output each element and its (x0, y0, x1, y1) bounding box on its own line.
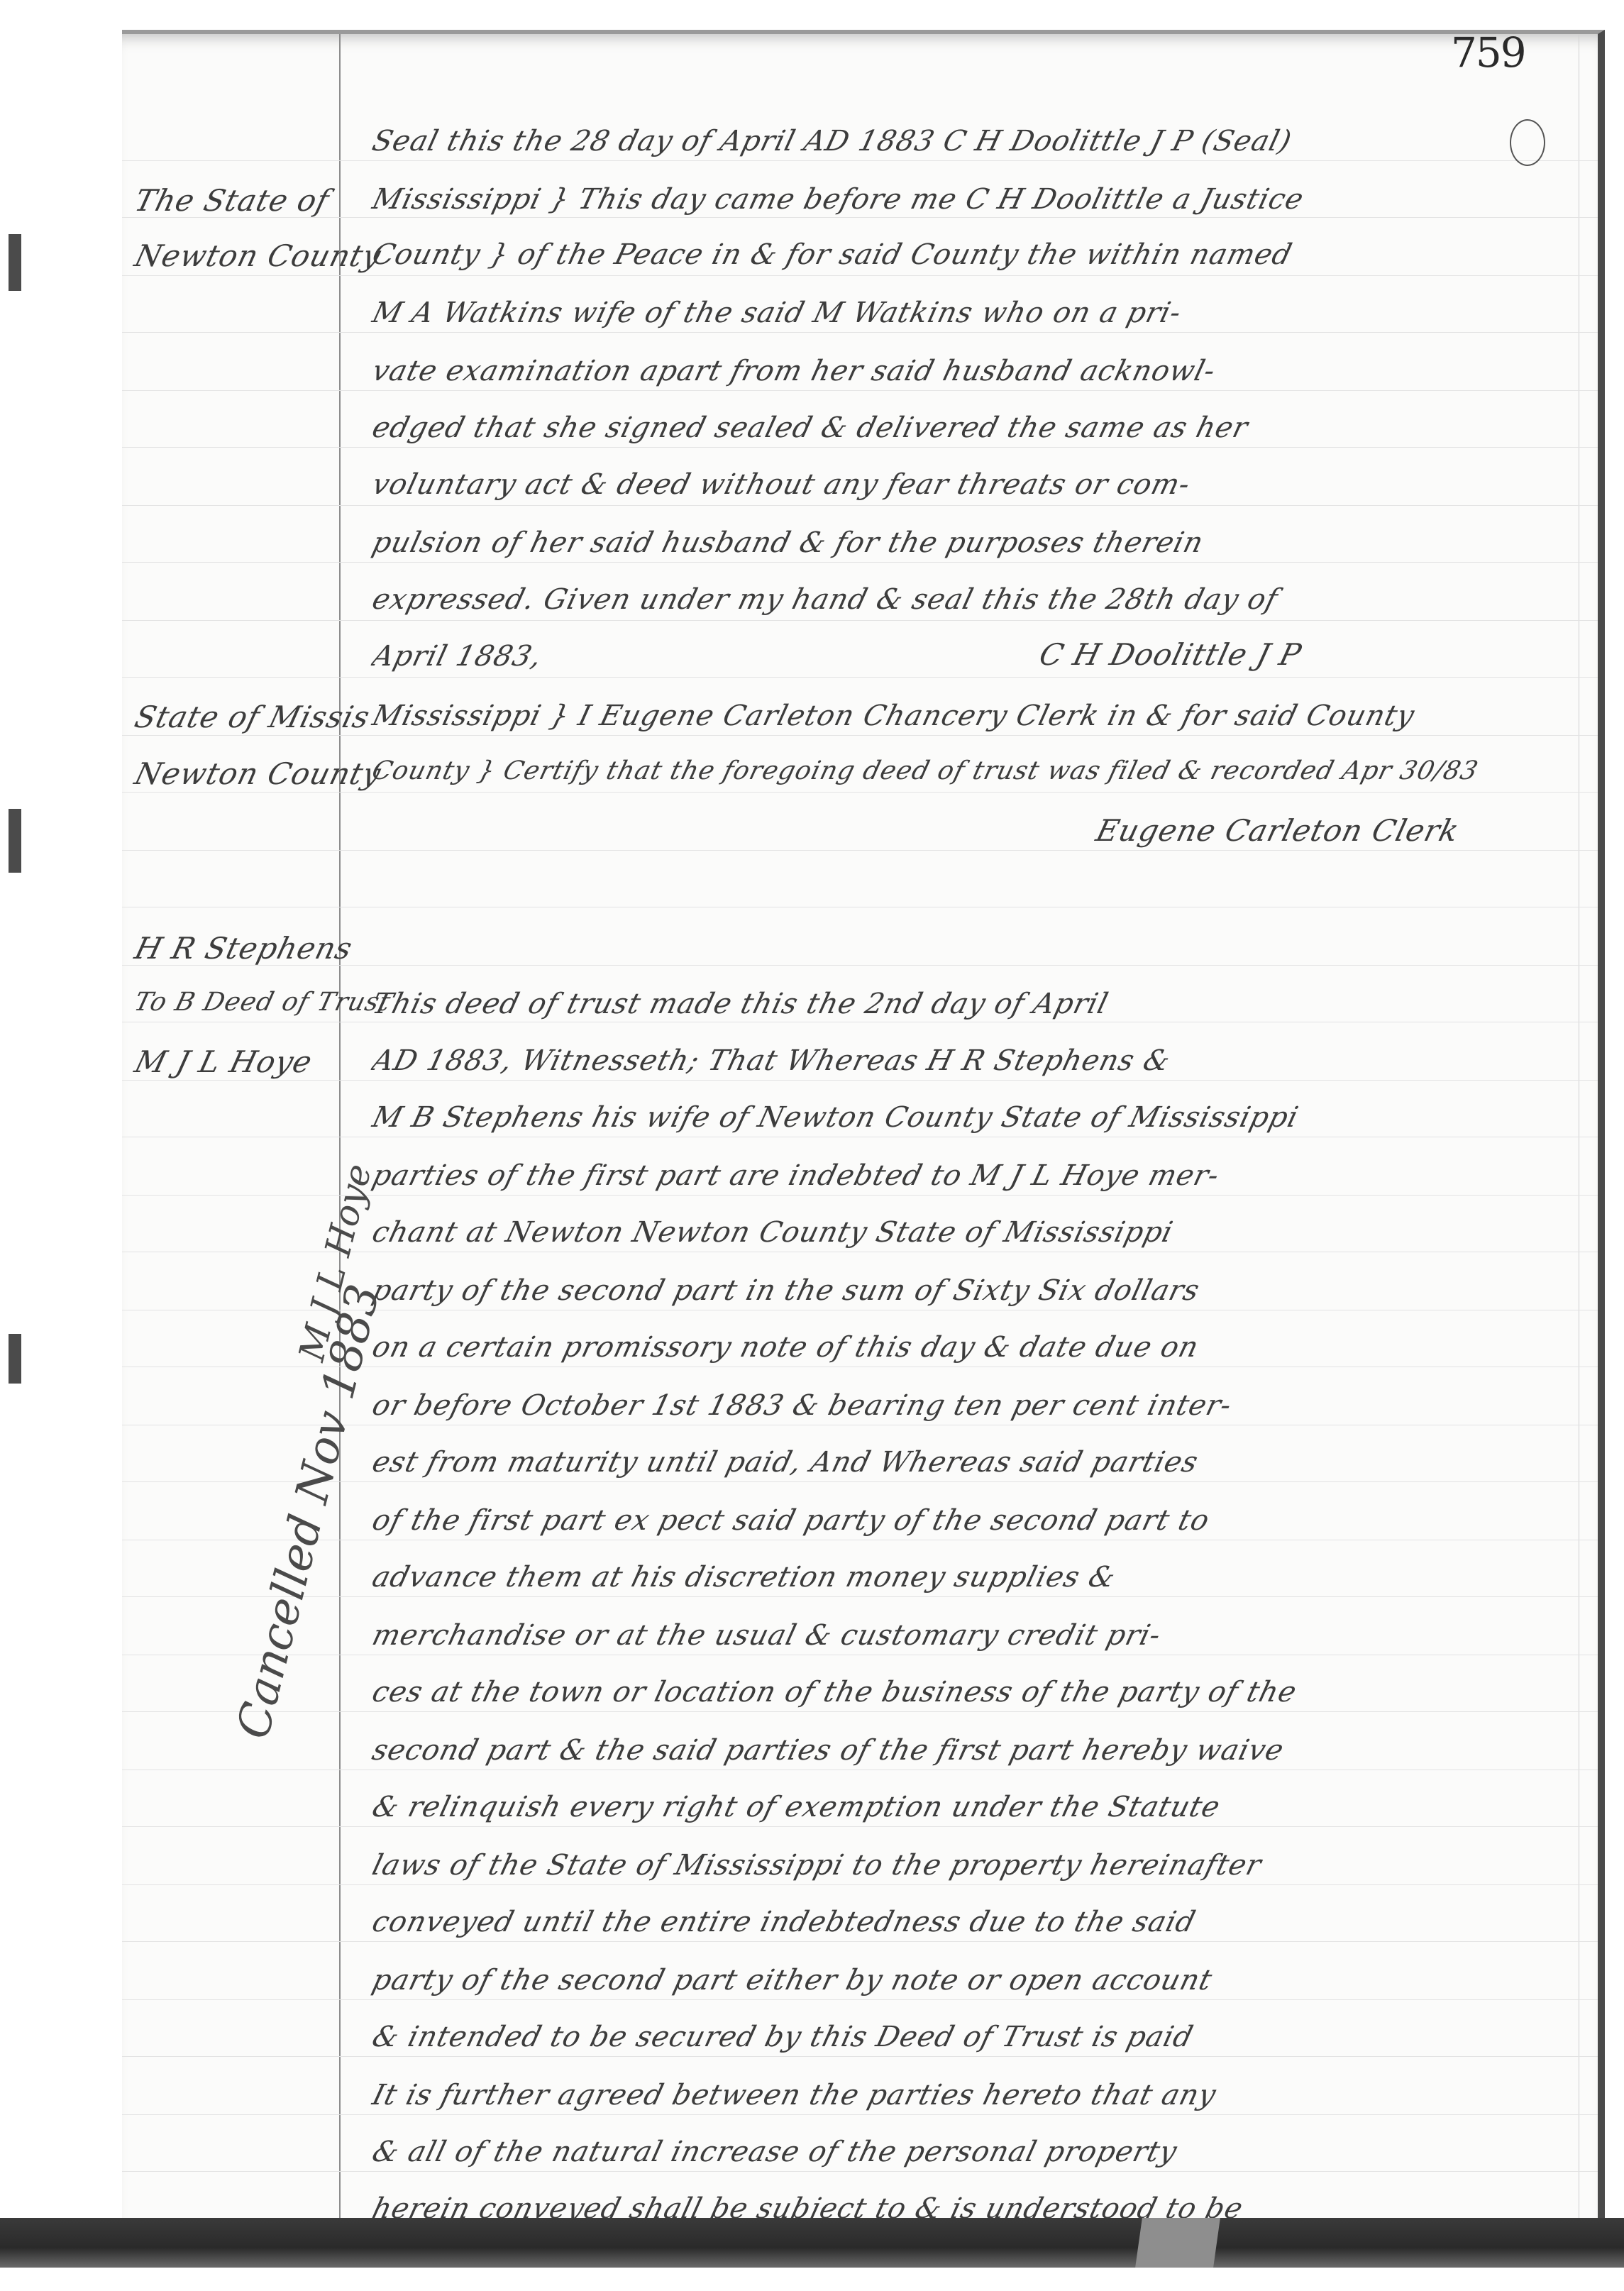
deed-line: on a certain promissory note of this day… (369, 1331, 1576, 1364)
justice-signature: C H Doolittle J P (1036, 637, 1305, 672)
page-number: 759 (1451, 28, 1525, 77)
scan-edge-mark (9, 809, 21, 873)
deed-line: advance them at his discretion money sup… (369, 1561, 1576, 1594)
deed-line: or before October 1st 1883 & bearing ten… (369, 1389, 1576, 1422)
clerk-line: Mississippi } I Eugene Carleton Chancery… (369, 700, 1576, 732)
deed-line: of the first part ex pect said party of … (369, 1504, 1576, 1537)
acknowledgment-line: voluntary act & deed without any fear th… (369, 468, 1576, 501)
acknowledgment-line: edged that she signed sealed & delivered… (369, 412, 1576, 444)
scan-bottom-shadow (0, 2218, 1624, 2268)
deed-line: parties of the first part are indebted t… (369, 1159, 1576, 1192)
deed-line: second part & the said parties of the fi… (369, 1734, 1576, 1767)
margin-heading-county: Newton County (131, 238, 385, 273)
acknowledgment-line: Seal this the 28 day of April AD 1883 C … (369, 125, 1576, 158)
deed-line: est from maturity until paid, And Wherea… (369, 1446, 1576, 1479)
deed-line: & all of the natural increase of the per… (369, 2136, 1576, 2168)
acknowledgment-line: vate examination apart from her said hus… (369, 355, 1576, 387)
margin-heading-county: Newton County (131, 756, 385, 791)
margin-heading-state: The State of (131, 183, 333, 218)
deed-line: This deed of trust made this the 2nd day… (369, 988, 1576, 1020)
acknowledgment-line: pulsion of her said husband & for the pu… (369, 526, 1576, 559)
deed-line: ces at the town or location of the busin… (369, 1676, 1576, 1708)
deed-line: conveyed until the entire indebtedness d… (369, 1906, 1576, 1938)
scan-edge-mark (9, 234, 21, 291)
scan-edge-mark (9, 1334, 21, 1384)
margin-rule (339, 34, 341, 2219)
acknowledgment-line: Mississippi } This day came before me C … (369, 183, 1576, 216)
deed-line: chant at Newton Newton County State of M… (369, 1216, 1576, 1249)
deed-line: laws of the State of Mississippi to the … (369, 1849, 1576, 1882)
clerk-line: County } Certify that the foregoing deed… (369, 756, 1575, 785)
deed-grantor: H R Stephens (131, 931, 356, 966)
deed-line: It is further agreed between the parties… (369, 2079, 1576, 2111)
deed-line: M B Stephens his wife of Newton County S… (369, 1101, 1576, 1134)
deed-line: party of the second part in the sum of S… (369, 1274, 1576, 1307)
deed-grantee: M J L Hoye (131, 1044, 316, 1079)
seal-circle-mark (1510, 119, 1545, 166)
scanned-ledger-page: 759 Seal this the 28 day of April AD 188… (0, 0, 1624, 2291)
deed-line: & intended to be secured by this Deed of… (369, 2021, 1576, 2053)
deed-line: party of the second part either by note … (369, 1964, 1576, 1997)
deed-line: & relinquish every right of exemption un… (369, 1791, 1576, 1823)
margin-heading-state: State of Mississippi (131, 700, 374, 734)
clerk-signature: Eugene Carleton Clerk (1093, 813, 1463, 848)
acknowledgment-line: April 1883, (369, 640, 661, 673)
deed-type: To B Deed of Trust (131, 988, 394, 1017)
right-rule (1579, 34, 1579, 2219)
acknowledgment-line: County } of the Peace in & for said Coun… (369, 238, 1576, 271)
deed-line: AD 1883, Witnesseth; That Whereas H R St… (369, 1044, 1576, 1077)
deed-line: merchandise or at the usual & customary … (369, 1619, 1576, 1652)
acknowledgment-line: M A Watkins wife of the said M Watkins w… (369, 297, 1576, 329)
acknowledgment-line: expressed. Given under my hand & seal th… (369, 583, 1576, 616)
scan-bottom-gap (1135, 2218, 1220, 2268)
